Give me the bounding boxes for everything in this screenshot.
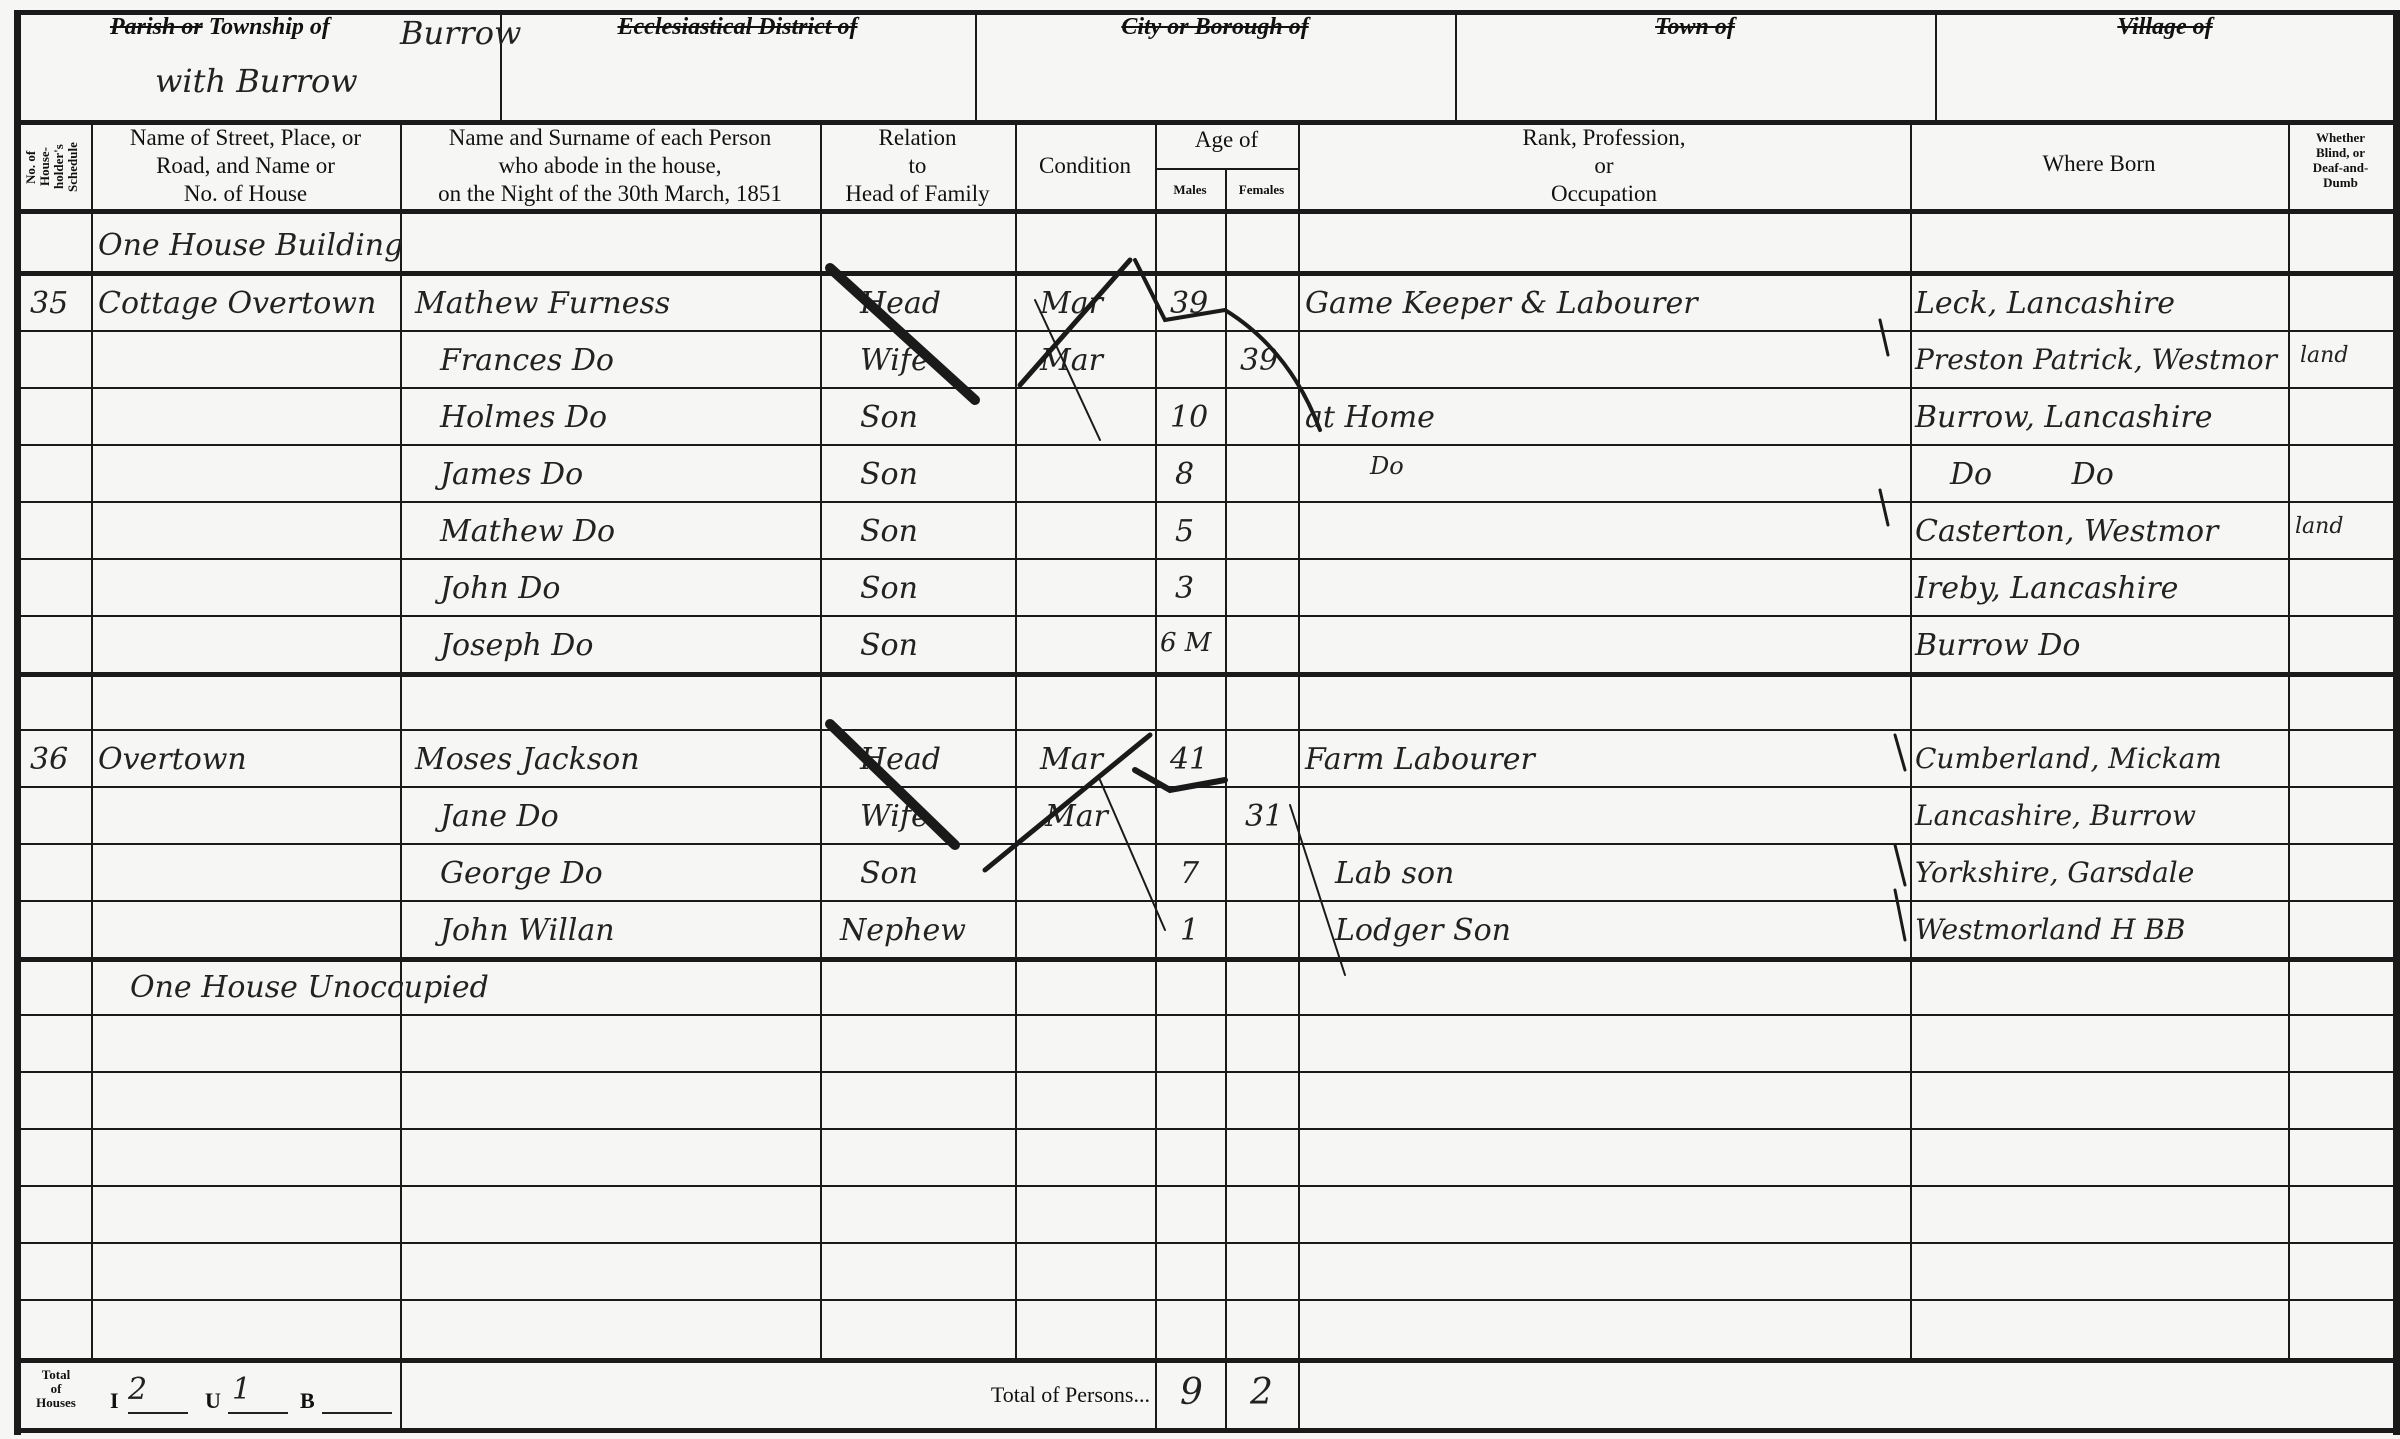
total-houses-label-line: Houses bbox=[22, 1396, 90, 1410]
uninhabited-value: 1 bbox=[232, 1372, 251, 1407]
uninhabited-label: U bbox=[205, 1388, 221, 1414]
total-females: 2 bbox=[1250, 1372, 1273, 1413]
inhabited-value: 2 bbox=[128, 1372, 147, 1407]
total-houses-label-line: Total bbox=[22, 1368, 90, 1382]
uninhabited-underline bbox=[228, 1412, 288, 1414]
total-persons-label: Total of Persons... bbox=[950, 1382, 1150, 1408]
building-underline bbox=[322, 1412, 392, 1414]
total-houses-label: Total of Houses bbox=[22, 1368, 90, 1410]
inhabited-underline bbox=[128, 1412, 188, 1414]
total-houses-label-line: of bbox=[22, 1382, 90, 1396]
inhabited-label: I bbox=[110, 1388, 119, 1414]
census-page: Parish or Township of Burrow with Burrow… bbox=[0, 0, 2400, 1439]
total-males: 9 bbox=[1180, 1372, 1203, 1413]
tally-marks bbox=[0, 0, 2400, 1439]
building-label: B bbox=[300, 1388, 315, 1414]
